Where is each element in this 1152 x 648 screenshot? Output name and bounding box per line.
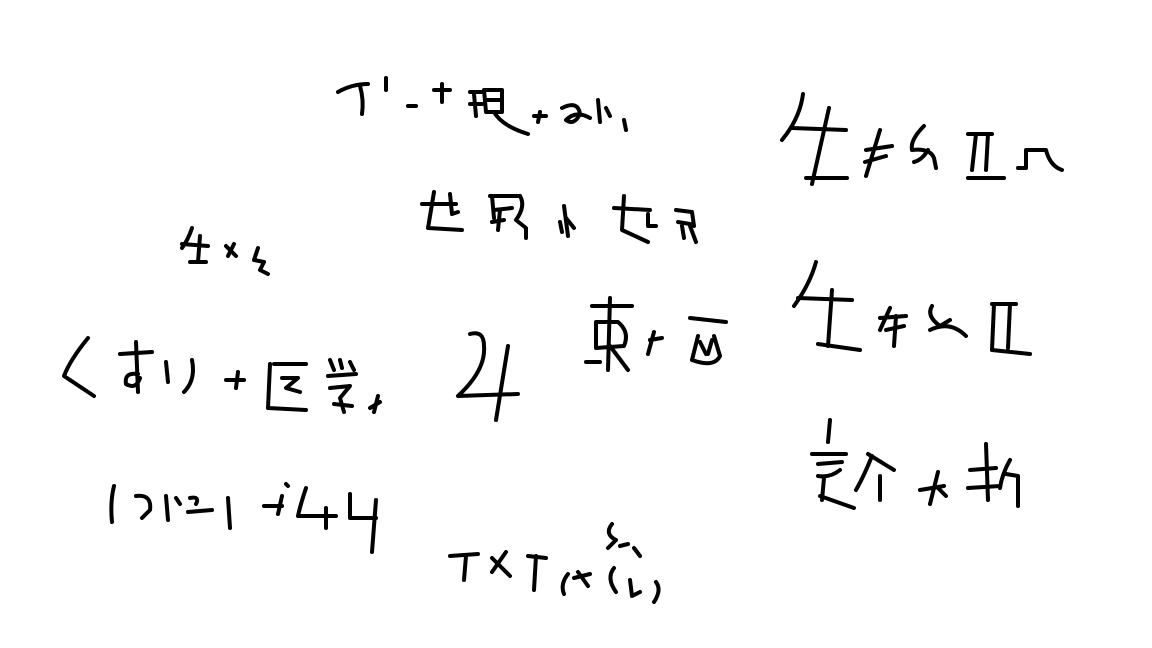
stroke-group-right-middle xyxy=(794,262,1030,354)
stroke-group-center-world xyxy=(422,192,696,242)
stroke-group-center-east-west xyxy=(586,298,726,370)
stroke-group-bottom-center xyxy=(450,524,659,602)
handwriting-strokes xyxy=(0,0,1152,648)
stroke-group-bottom-left xyxy=(111,484,376,552)
stroke-group-center-four xyxy=(458,333,518,420)
stroke-group-left-small xyxy=(182,228,268,274)
drawing-canvas[interactable]: 丁に+現+みにい 生物IIα 世界+世界 生×生 東+西 生生物II くすり+医… xyxy=(0,0,1152,648)
stroke-group-right-new xyxy=(812,420,1018,508)
stroke-group-top-right xyxy=(782,94,1062,184)
stroke-group-top-center xyxy=(338,78,626,134)
stroke-group-left-medicine xyxy=(64,338,380,412)
